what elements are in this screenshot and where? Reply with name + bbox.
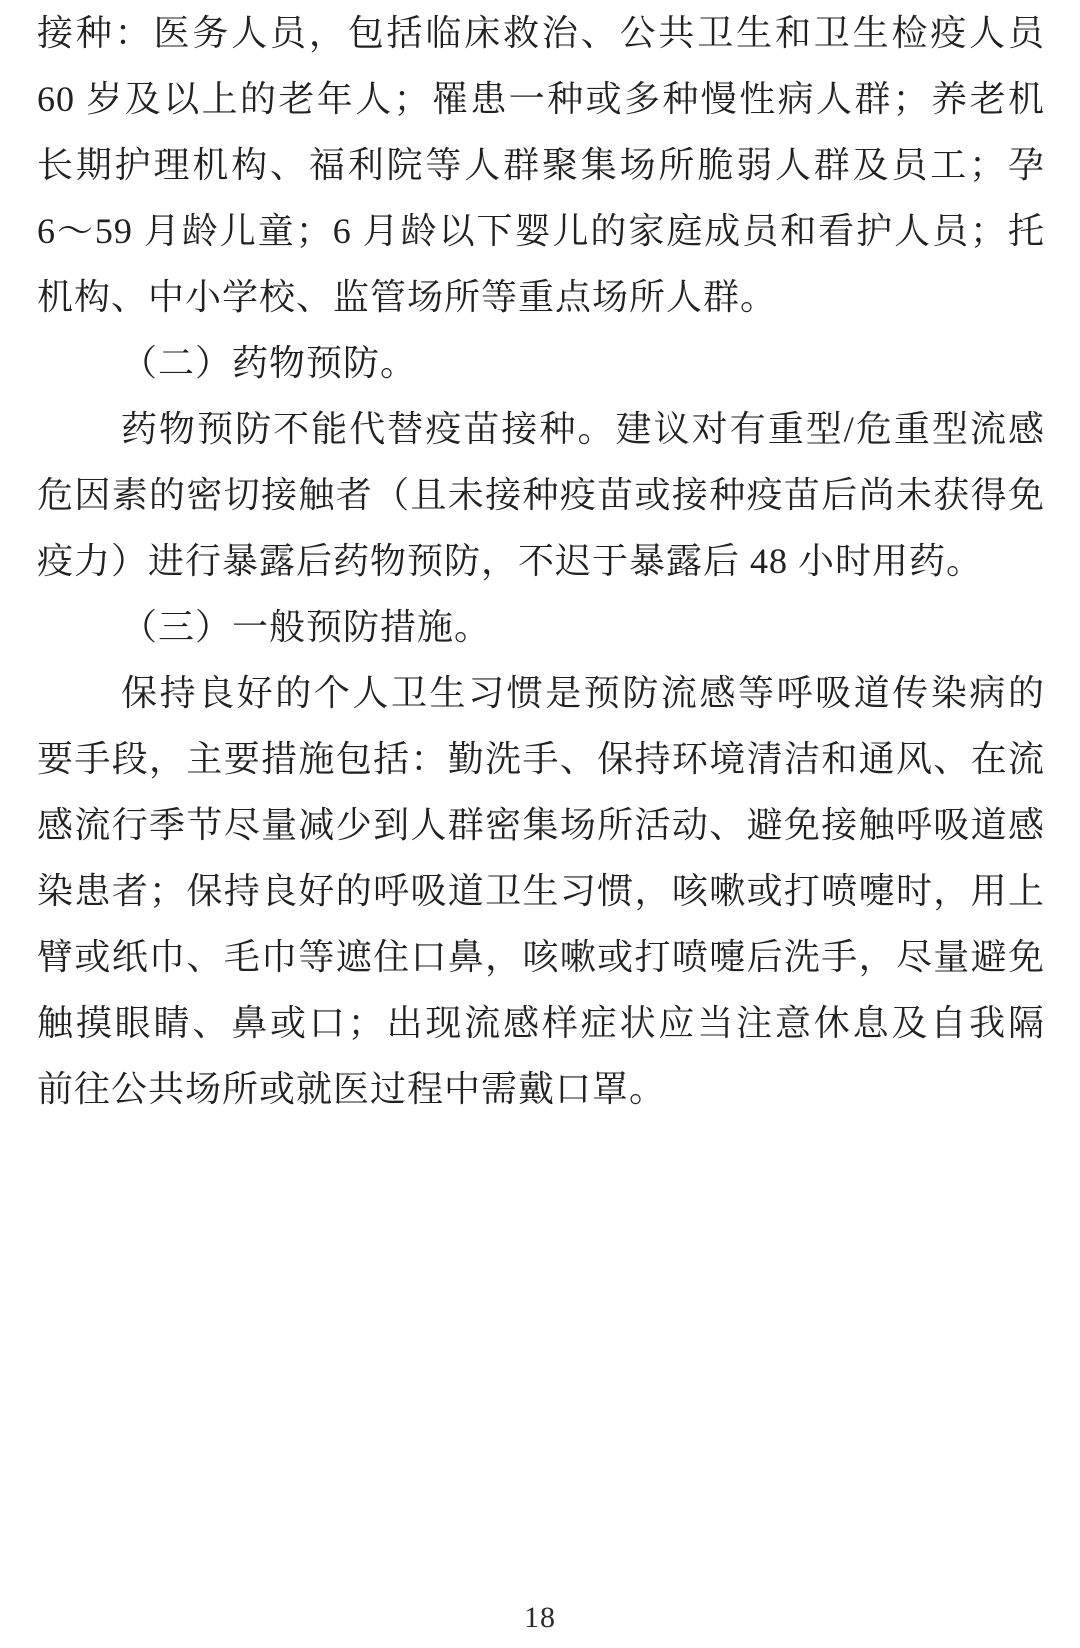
text-line: 前往公共场所或就医过程中需戴口罩。 xyxy=(37,1056,1045,1122)
text-line: 6～59 月龄儿童；6 月龄以下婴儿的家庭成员和看护人员；托幼 xyxy=(37,198,1045,264)
text-line: 药物预防不能代替疫苗接种。建议对有重型/危重型流感高 xyxy=(37,396,1045,462)
text-line: 臂或纸巾、毛巾等遮住口鼻，咳嗽或打喷嚏后洗手，尽量避免 xyxy=(37,924,1045,990)
page-footer: 18 xyxy=(0,1598,1080,1638)
document-page: 接种：医务人员，包括临床救治、公共卫生和卫生检疫人员等；60 岁及以上的老年人；… xyxy=(0,0,1080,1648)
text-line: 60 岁及以上的老年人；罹患一种或多种慢性病人群；养老机构、 xyxy=(37,66,1045,132)
text-line: 感流行季节尽量减少到人群密集场所活动、避免接触呼吸道感 xyxy=(37,792,1045,858)
section-heading: （三）一般预防措施。 xyxy=(37,594,1045,660)
text-line: 机构、中小学校、监管场所等重点场所人群。 xyxy=(37,264,1045,330)
text-line: 染患者；保持良好的呼吸道卫生习惯，咳嗽或打喷嚏时，用上 xyxy=(37,858,1045,924)
text-line: 触摸眼睛、鼻或口；出现流感样症状应当注意休息及自我隔离， xyxy=(37,990,1045,1056)
text-line: 长期护理机构、福利院等人群聚集场所脆弱人群及员工；孕妇； xyxy=(37,132,1045,198)
text-line: 保持良好的个人卫生习惯是预防流感等呼吸道传染病的重 xyxy=(37,660,1045,726)
text-line: 疫力）进行暴露后药物预防，不迟于暴露后 48 小时用药。 xyxy=(37,528,1045,594)
text-line: 接种：医务人员，包括临床救治、公共卫生和卫生检疫人员等； xyxy=(37,0,1045,66)
text-block: 接种：医务人员，包括临床救治、公共卫生和卫生检疫人员等；60 岁及以上的老年人；… xyxy=(37,0,1045,1122)
text-line: 要手段，主要措施包括：勤洗手、保持环境清洁和通风、在流 xyxy=(37,726,1045,792)
section-heading: （二）药物预防。 xyxy=(37,330,1045,396)
page-number: 18 xyxy=(524,1601,556,1634)
text-line: 危因素的密切接触者（且未接种疫苗或接种疫苗后尚未获得免 xyxy=(37,462,1045,528)
